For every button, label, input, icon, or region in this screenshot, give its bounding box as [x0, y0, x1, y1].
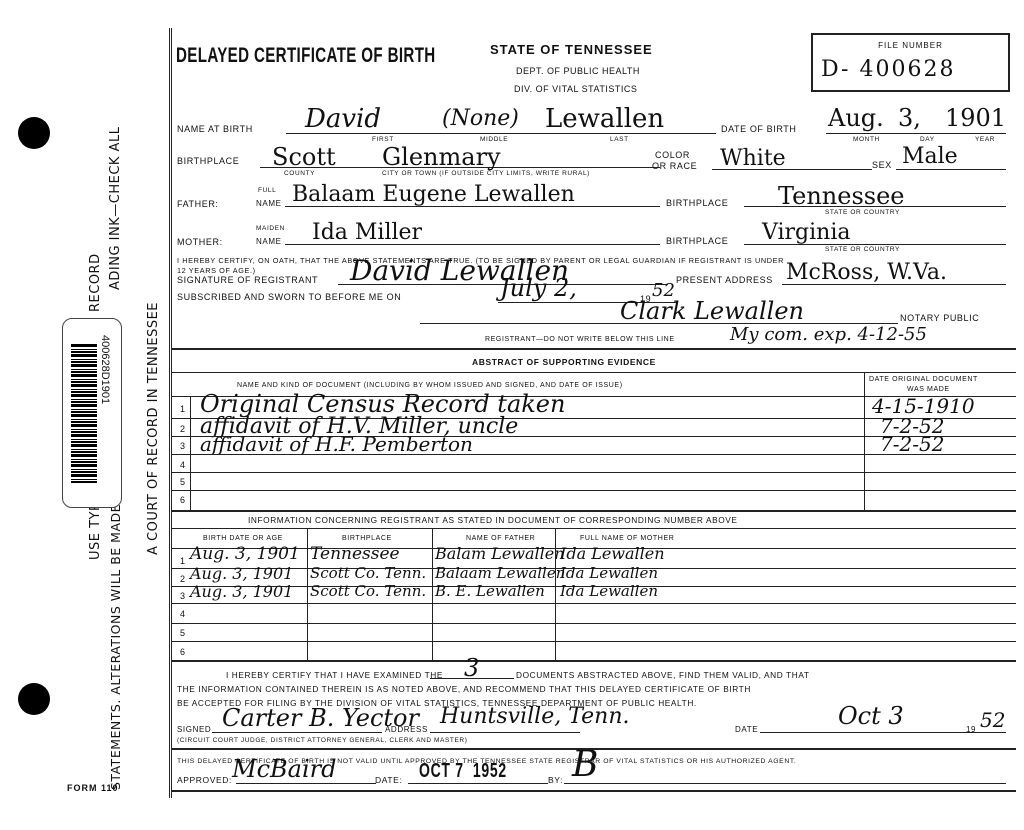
date-of-birth-label: DATE OF BIRTH	[721, 124, 796, 134]
certify-text-b: DOCUMENTS ABSTRACTED ABOVE, FIND THEM VA…	[516, 670, 810, 680]
approval-date-label: DATE:	[375, 775, 402, 785]
punch-hole-bottom	[18, 683, 50, 715]
file-number: D- 400628	[821, 57, 955, 82]
abstract-row-number: 2	[180, 424, 185, 434]
approval-by-line	[564, 783, 1006, 784]
abstract-title: ABSTRACT OF SUPPORTING EVIDENCE	[472, 357, 656, 367]
info-row-number: 4	[180, 609, 185, 619]
info-row-number: 3	[180, 591, 185, 601]
father-birthplace-label: BIRTHPLACE	[666, 198, 728, 208]
department: DEPT. OF PUBLIC HEALTH	[516, 66, 640, 76]
sex: Male	[902, 144, 958, 169]
info-row-number: 6	[180, 647, 185, 657]
info-row-number: 5	[180, 628, 185, 638]
birth-city: Glenmary	[382, 143, 501, 171]
mother-birthplace: Virginia	[762, 220, 851, 245]
abstract-row-number: 5	[180, 477, 185, 487]
last-caption: LAST	[610, 136, 629, 143]
notary-signature: Clark Lewallen	[620, 297, 804, 325]
divider-line	[172, 348, 1016, 350]
abstract-row-line	[172, 472, 1016, 473]
dob-month: Aug.	[828, 104, 884, 132]
info-row-line	[172, 623, 1016, 624]
mother-label: MOTHER:	[177, 237, 223, 247]
info-father: Balam Lewallen	[435, 544, 565, 563]
father-name: Balaam Eugene Lewallen	[292, 182, 575, 207]
dob-line	[826, 133, 1006, 134]
info-place: Scott Co. Tenn.	[310, 564, 426, 582]
info-header-top	[172, 528, 1016, 529]
info-title: INFORMATION CONCERNING REGISTRANT AS STA…	[248, 515, 738, 525]
abstract-row-number: 3	[180, 441, 185, 451]
info-birth: Aug. 3, 1901	[190, 582, 293, 601]
document-title: DELAYED CERTIFICATE OF BIRTH	[176, 44, 436, 68]
father-birthplace-caption: STATE OR COUNTRY	[825, 209, 900, 216]
form-number: FORM 110	[67, 783, 119, 793]
approved-line	[236, 783, 376, 784]
form-bottom-line	[172, 790, 1016, 792]
certify-address-label: ADDRESS	[385, 725, 428, 734]
abstract-col-date-2: WAS MADE	[907, 386, 950, 393]
notary-commission: My com. exp. 4-12-55	[730, 324, 927, 345]
year-caption: YEAR	[975, 136, 995, 143]
mother-name-label-1: MAIDEN	[256, 225, 285, 232]
approved-signature: McBaird	[232, 755, 336, 783]
color-label-1: COLOR	[655, 150, 690, 160]
birthplace-label: BIRTHPLACE	[177, 156, 239, 166]
first-caption: FIRST	[372, 136, 394, 143]
father-name-label-2: NAME	[256, 199, 282, 208]
abstract-col-date-1: DATE ORIGINAL DOCUMENT	[869, 376, 978, 383]
present-address-label: PRESENT ADDRESS	[676, 275, 773, 285]
margin-instruction-line3: A COURT OF RECORD IN TENNESSEE	[146, 302, 161, 555]
mother-birthplace-caption: STATE OR COUNTRY	[825, 246, 900, 253]
sworn-label: SUBSCRIBED AND SWORN TO BEFORE ME ON	[177, 292, 401, 302]
info-father: B. E. Lewallen	[435, 582, 545, 600]
last-name: Lewallen	[545, 104, 664, 134]
info-col-father: NAME OF FATHER	[466, 535, 535, 542]
father-label: FATHER:	[177, 199, 219, 209]
mother-name-label-2: NAME	[256, 237, 282, 246]
info-birth: Aug. 3, 1901	[190, 544, 300, 564]
barcode	[71, 343, 97, 483]
color-label-2: OR RACE	[652, 161, 697, 171]
middle-caption: MIDDLE	[480, 136, 508, 143]
signature-of-registrant-label: SIGNATURE OF REGISTRANT	[177, 275, 318, 285]
birth-county: Scott	[272, 143, 336, 171]
sex-line	[896, 169, 1006, 170]
info-row-line	[172, 603, 1016, 604]
signed-label: SIGNED	[177, 725, 211, 734]
info-place: Scott Co. Tenn.	[310, 582, 426, 600]
official-caption: (CIRCUIT COURT JUDGE, DISTRICT ATTORNEY …	[177, 737, 468, 744]
certify-address: Huntsville, Tenn.	[440, 704, 630, 729]
info-col-mother: FULL NAME OF MOTHER	[580, 535, 674, 542]
certify-date: Oct 3	[838, 702, 904, 730]
file-number-box: FILE NUMBER D- 400628	[811, 33, 1010, 92]
notary-public-label: NOTARY PUBLIC	[900, 313, 979, 323]
abstract-row-number: 1	[180, 404, 185, 414]
first-name: David	[305, 104, 381, 134]
mother-name: Ida Miller	[312, 220, 422, 245]
file-number-label: FILE NUMBER	[813, 41, 1008, 50]
info-mother: Ida Lewallen	[560, 564, 658, 582]
father-birthplace: Tennessee	[778, 182, 905, 210]
division: DIV. OF VITAL STATISTICS	[514, 84, 637, 94]
approval-by-label: BY:	[548, 775, 563, 785]
info-row-number: 2	[180, 574, 185, 584]
approved-label: APPROVED:	[177, 775, 232, 785]
barcode-number: 400628D1901	[99, 335, 111, 404]
mother-birthplace-label: BIRTHPLACE	[666, 236, 728, 246]
dob-day: 3,	[898, 104, 921, 132]
abstract-date: 7-2-52	[880, 432, 944, 456]
info-mother: Ida Lewallen	[560, 582, 658, 600]
info-col-place: BIRTHPLACE	[342, 535, 392, 542]
signed-line	[212, 732, 382, 733]
approval-date-stamp: OCT 7 1952	[419, 760, 507, 783]
approval-date-line	[408, 783, 548, 784]
middle-name: (None)	[442, 106, 519, 131]
father-name-label-1: FULL	[258, 187, 276, 194]
certify-year-prefix: 19	[966, 725, 976, 734]
approval-by-initials: B	[572, 744, 598, 785]
do-not-write-label: REGISTRANT—DO NOT WRITE BELOW THIS LINE	[485, 336, 675, 343]
certify-address-line	[430, 732, 580, 733]
abstract-col-document: NAME AND KIND OF DOCUMENT (INCLUDING BY …	[237, 382, 623, 389]
certify-date-label: DATE	[735, 725, 758, 734]
margin-instruction-line2-end: ADING INK—CHECK ALL	[108, 127, 123, 290]
city-caption: CITY OR TOWN (IF OUTSIDE CITY LIMITS, WR…	[382, 170, 590, 177]
race: White	[720, 146, 786, 171]
county-caption: COUNTY	[284, 170, 315, 177]
abstract-document: affidavit of H.F. Pemberton	[200, 432, 473, 456]
info-col-birth: BIRTH DATE OR AGE	[203, 535, 283, 542]
sex-label: SEX	[872, 160, 892, 170]
state-name: STATE OF TENNESSEE	[490, 42, 653, 57]
oath-text-2: 12 YEARS OF AGE.)	[177, 266, 256, 275]
info-row-line	[172, 641, 1016, 642]
certify-text-2: THE INFORMATION CONTAINED THEREIN IS AS …	[177, 684, 751, 694]
certify-year: 52	[980, 708, 1005, 732]
abstract-row-line	[172, 454, 1016, 455]
present-address: McRoss, W.Va.	[786, 260, 947, 285]
sworn-date: July 2,	[500, 274, 577, 302]
info-father: Balaam Lewallen	[435, 564, 565, 582]
info-bottom-line	[172, 660, 1016, 662]
info-place: Tennessee	[310, 544, 400, 564]
info-mother: Ida Lewallen	[560, 544, 665, 563]
barcode-label: 400628D1901	[62, 318, 122, 508]
certify-text-a: I HEREBY CERTIFY THAT I HAVE EXAMINED TH…	[226, 670, 443, 680]
certify-count: 3	[464, 654, 479, 682]
abstract-row-line	[172, 490, 1016, 491]
abstract-col-divider	[864, 372, 865, 512]
dob-year: 1901	[945, 104, 1006, 132]
margin-instruction-line1-end: RECORD	[88, 253, 103, 312]
name-at-birth-label: NAME AT BIRTH	[177, 124, 253, 134]
abstract-header-top	[172, 372, 1016, 373]
info-birth: Aug. 3, 1901	[190, 564, 293, 583]
punch-hole-top	[18, 117, 50, 149]
info-row-number: 1	[180, 556, 185, 566]
abstract-bottom-line	[172, 510, 1016, 512]
abstract-row-number: 4	[180, 460, 185, 470]
month-caption: MONTH	[853, 136, 880, 143]
day-caption: DAY	[920, 136, 935, 143]
abstract-row-number: 6	[180, 495, 185, 505]
